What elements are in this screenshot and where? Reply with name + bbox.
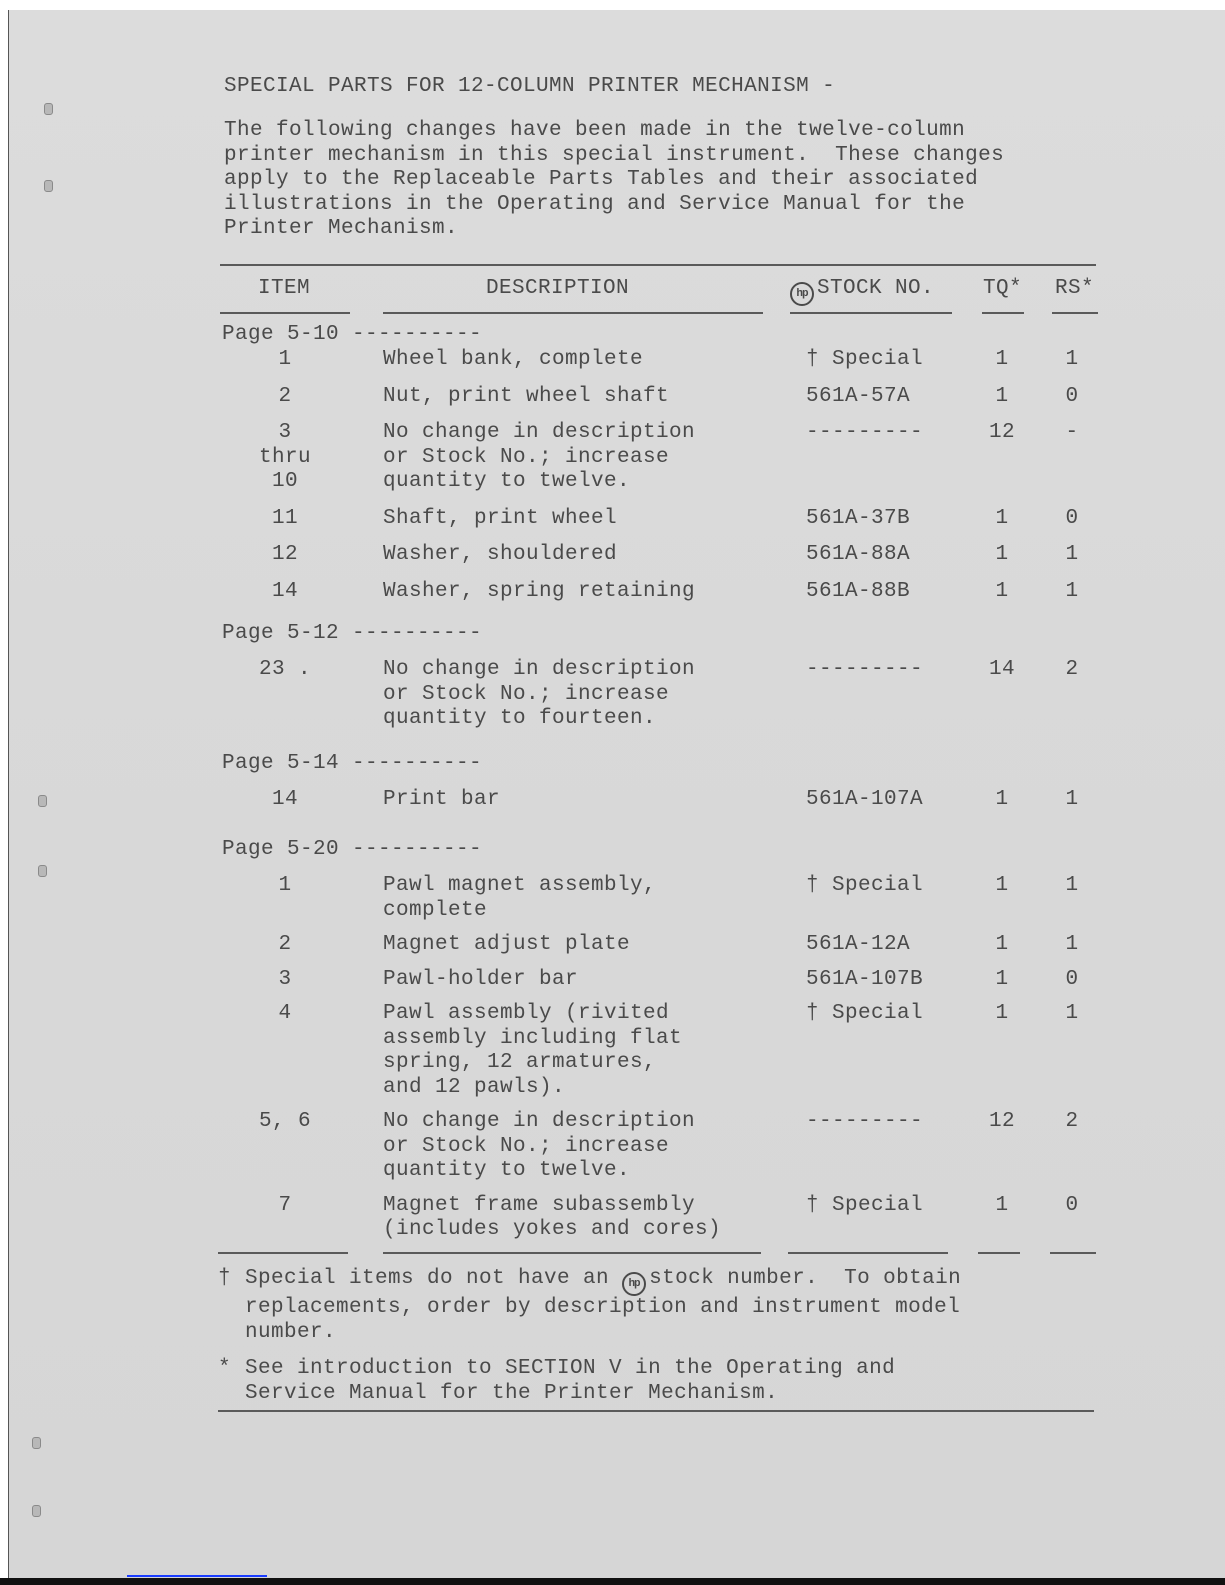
tq-value: 12 <box>980 1110 1024 1135</box>
item-description-line: Wheel bank, complete <box>383 348 643 373</box>
rs-value: 0 <box>1052 507 1092 532</box>
rs-value: 0 <box>1052 385 1092 410</box>
item-description: Washer, shouldered <box>383 543 617 568</box>
hp-logo-icon: hp <box>622 1272 646 1296</box>
footnote-text: Special items do not have an <box>245 1267 622 1290</box>
item-number-line: 11 <box>240 507 330 532</box>
item-number-line: 12 <box>240 543 330 568</box>
item-description-line: assembly including flat <box>383 1027 682 1052</box>
stock-number: 561A-57A <box>806 385 910 410</box>
item-description: No change in descriptionor Stock No.; in… <box>383 421 695 495</box>
footnote-dagger: † Special items do not have an hpstock n… <box>218 1267 1098 1345</box>
footnote-bottom-rule <box>218 1410 1094 1412</box>
rs-value: 1 <box>1052 348 1092 373</box>
selection-underline <box>127 1575 267 1577</box>
item-number: 7 <box>240 1194 330 1219</box>
stock-number: 561A-88B <box>806 580 910 605</box>
stock-number: † Special <box>806 1002 923 1027</box>
item-description-line: or Stock No.; increase <box>383 1135 695 1160</box>
footnote-text: replacements, order by description and i… <box>245 1296 1098 1321</box>
tq-value: 1 <box>980 348 1024 373</box>
rs-value: 2 <box>1052 658 1092 683</box>
item-number-line: 5, 6 <box>240 1110 330 1135</box>
footnote-text: stock number. To obtain <box>649 1267 961 1290</box>
item-description: Print bar <box>383 788 500 813</box>
item-description-line: Magnet adjust plate <box>383 933 630 958</box>
stock-number: --------- <box>806 1110 923 1135</box>
rs-value: 0 <box>1052 968 1092 993</box>
tq-value: 1 <box>980 1194 1024 1219</box>
item-description-line: Pawl assembly (rivited <box>383 1002 682 1027</box>
item-description-line: No change in description <box>383 1110 695 1135</box>
item-number: 1 <box>240 874 330 899</box>
rs-value: 1 <box>1052 874 1092 899</box>
item-number-line: 4 <box>240 1002 330 1027</box>
header-underline <box>790 312 952 314</box>
footnotes: † Special items do not have an hpstock n… <box>218 1267 1098 1418</box>
item-number-line: 3 <box>240 421 330 446</box>
footnote-asterisk: * See introduction to SECTION V in the O… <box>218 1357 1098 1406</box>
stock-number: --------- <box>806 658 923 683</box>
column-header-item: ITEM <box>258 277 310 302</box>
rs-value: 1 <box>1052 933 1092 958</box>
punch-hole-mark <box>32 1437 41 1449</box>
item-number: 1 <box>240 348 330 373</box>
item-description: No change in descriptionor Stock No.; in… <box>383 1110 695 1184</box>
section-label: Page 5-20 ---------- <box>222 838 482 863</box>
item-number-line: thru <box>240 446 330 471</box>
column-header-stock-label: STOCK NO. <box>817 277 934 300</box>
item-number-line: 2 <box>240 385 330 410</box>
item-description-line: spring, 12 armatures, <box>383 1051 682 1076</box>
tq-value: 1 <box>980 933 1024 958</box>
header-underline <box>220 312 350 314</box>
section-label: Page 5-14 ---------- <box>222 752 482 777</box>
item-description-line: Washer, spring retaining <box>383 580 695 605</box>
tq-value: 14 <box>980 658 1024 683</box>
dagger-mark: † <box>218 1267 231 1292</box>
tq-value: 1 <box>980 507 1024 532</box>
rs-value: 1 <box>1052 543 1092 568</box>
page-title: SPECIAL PARTS FOR 12-COLUMN PRINTER MECH… <box>224 75 835 100</box>
item-description: Pawl magnet assembly,complete <box>383 874 656 923</box>
punch-hole-mark <box>38 795 47 807</box>
item-description-line: No change in description <box>383 658 695 683</box>
item-description: Washer, spring retaining <box>383 580 695 605</box>
item-number-line: 10 <box>240 470 330 495</box>
item-description: Pawl assembly (rivitedassembly including… <box>383 1002 682 1100</box>
column-header-description: DESCRIPTION <box>486 277 629 302</box>
tq-value: 1 <box>980 385 1024 410</box>
item-description-line: No change in description <box>383 421 695 446</box>
rs-value: 0 <box>1052 1194 1092 1219</box>
item-number-line: 1 <box>240 874 330 899</box>
stock-number: 561A-107A <box>806 788 923 813</box>
stock-number: --------- <box>806 421 923 446</box>
table-top-rule <box>220 264 1096 266</box>
item-description-line: quantity to twelve. <box>383 470 695 495</box>
tq-value: 1 <box>980 968 1024 993</box>
item-description: Magnet frame subassembly(includes yokes … <box>383 1194 721 1243</box>
item-number: 2 <box>240 933 330 958</box>
intro-line: printer mechanism in this special instru… <box>224 144 1124 169</box>
rs-value: 1 <box>1052 580 1092 605</box>
tq-value: 1 <box>980 580 1024 605</box>
table-bottom-rule <box>1050 1252 1096 1254</box>
footnote-text: Service Manual for the Printer Mechanism… <box>245 1382 1098 1407</box>
item-number: 5, 6 <box>240 1110 330 1135</box>
tq-value: 1 <box>980 874 1024 899</box>
column-header-stock: hpSTOCK NO. <box>790 277 934 306</box>
table-bottom-rule <box>218 1252 348 1254</box>
item-description-line: quantity to fourteen. <box>383 707 695 732</box>
item-description: Wheel bank, complete <box>383 348 643 373</box>
asterisk-mark: * <box>218 1357 231 1382</box>
stock-number: 561A-37B <box>806 507 910 532</box>
rs-value: 1 <box>1052 788 1092 813</box>
item-number-line: 7 <box>240 1194 330 1219</box>
hp-logo-icon: hp <box>790 282 814 306</box>
header-underline <box>383 312 763 314</box>
item-description-line: or Stock No.; increase <box>383 446 695 471</box>
item-number-line: 23 . <box>240 658 330 683</box>
item-number: 14 <box>240 580 330 605</box>
item-number: 23 . <box>240 658 330 683</box>
tq-value: 1 <box>980 543 1024 568</box>
intro-paragraph: The following changes have been made in … <box>224 119 1124 242</box>
intro-line: The following changes have been made in … <box>224 119 1124 144</box>
item-description-line: Washer, shouldered <box>383 543 617 568</box>
item-number: 11 <box>240 507 330 532</box>
intro-line: illustrations in the Operating and Servi… <box>224 193 1124 218</box>
item-number-line: 2 <box>240 933 330 958</box>
column-header-rs: RS* <box>1055 277 1094 302</box>
table-bottom-rule <box>978 1252 1020 1254</box>
item-description-line: Print bar <box>383 788 500 813</box>
item-description: Nut, print wheel shaft <box>383 385 669 410</box>
column-header-tq: TQ* <box>983 277 1022 302</box>
rs-value: 1 <box>1052 1002 1092 1027</box>
item-description-line: (includes yokes and cores) <box>383 1218 721 1243</box>
item-number-line: 14 <box>240 580 330 605</box>
item-description-line: and 12 pawls). <box>383 1076 682 1101</box>
tq-value: 1 <box>980 1002 1024 1027</box>
intro-line: Printer Mechanism. <box>224 217 1124 242</box>
item-number-line: 3 <box>240 968 330 993</box>
item-description-line: or Stock No.; increase <box>383 683 695 708</box>
rs-value: - <box>1052 421 1092 446</box>
item-number: 3thru10 <box>240 421 330 495</box>
item-description-line: Pawl magnet assembly, <box>383 874 656 899</box>
stock-number: 561A-107B <box>806 968 923 993</box>
punch-hole-mark <box>38 865 47 877</box>
item-description-line: Pawl-holder bar <box>383 968 578 993</box>
item-description-line: Magnet frame subassembly <box>383 1194 721 1219</box>
stock-number: 561A-12A <box>806 933 910 958</box>
table-bottom-rule <box>383 1252 761 1254</box>
item-number: 14 <box>240 788 330 813</box>
footnote-text: See introduction to SECTION V in the Ope… <box>245 1357 1098 1382</box>
item-description-line: Nut, print wheel shaft <box>383 385 669 410</box>
header-underline <box>982 312 1024 314</box>
rs-value: 2 <box>1052 1110 1092 1135</box>
punch-hole-mark <box>44 103 53 115</box>
item-description-line: quantity to twelve. <box>383 1159 695 1184</box>
table-bottom-rule <box>788 1252 948 1254</box>
intro-line: apply to the Replaceable Parts Tables an… <box>224 168 1124 193</box>
section-label: Page 5-12 ---------- <box>222 622 482 647</box>
header-underline <box>1052 312 1098 314</box>
item-number-line: 14 <box>240 788 330 813</box>
footnote-text: number. <box>245 1321 1098 1346</box>
item-description: Pawl-holder bar <box>383 968 578 993</box>
stock-number: † Special <box>806 874 923 899</box>
punch-hole-mark <box>44 180 53 192</box>
stock-number: 561A-88A <box>806 543 910 568</box>
item-description: Magnet adjust plate <box>383 933 630 958</box>
item-number: 2 <box>240 385 330 410</box>
tq-value: 12 <box>980 421 1024 446</box>
item-number: 4 <box>240 1002 330 1027</box>
stock-number: † Special <box>806 1194 923 1219</box>
punch-hole-mark <box>32 1505 41 1517</box>
item-number: 12 <box>240 543 330 568</box>
section-label: Page 5-10 ---------- <box>222 323 482 348</box>
item-description-line: Shaft, print wheel <box>383 507 617 532</box>
item-description: Shaft, print wheel <box>383 507 617 532</box>
item-number: 3 <box>240 968 330 993</box>
tq-value: 1 <box>980 788 1024 813</box>
scan-bottom-edge <box>0 1578 1225 1585</box>
item-number-line: 1 <box>240 348 330 373</box>
item-description: No change in descriptionor Stock No.; in… <box>383 658 695 732</box>
stock-number: † Special <box>806 348 923 373</box>
item-description-line: complete <box>383 899 656 924</box>
